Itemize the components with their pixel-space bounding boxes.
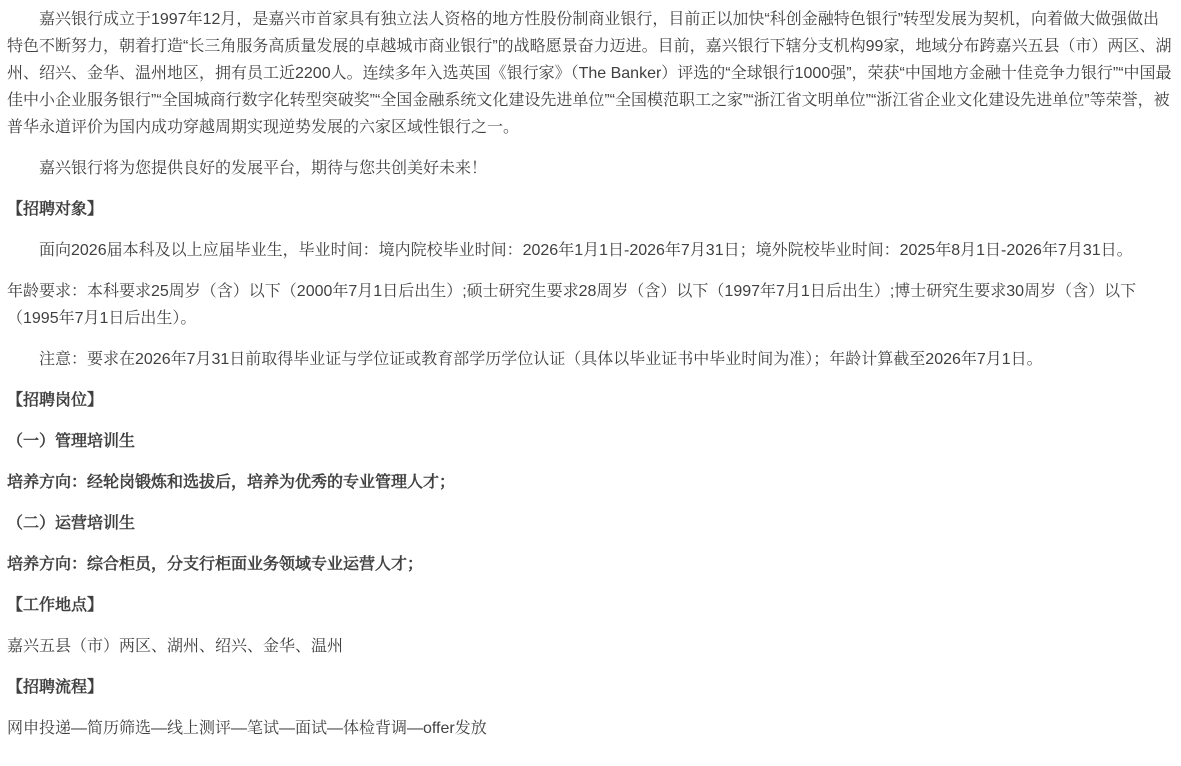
document-body: 嘉兴银行成立于1997年12月，是嘉兴市首家具有独立法人资格的地方性股份制商业银… xyxy=(0,0,1181,766)
paragraph-management-trainee-direction: 培养方向：经轮岗锻炼和选拔后，培养为优秀的专业管理人才； xyxy=(7,469,1174,496)
paragraph-graduation-time: 面向2026届本科及以上应届毕业生，毕业时间：境内院校毕业时间：2026年1月1… xyxy=(7,237,1174,264)
subheading-operations-trainee: （二）运营培训生 xyxy=(7,510,1174,537)
paragraph-note: 注意：要求在2026年7月31日前取得毕业证与学位证或教育部学历学位认证（具体以… xyxy=(7,346,1174,373)
paragraph-bank-intro: 嘉兴银行成立于1997年12月，是嘉兴市首家具有独立法人资格的地方性股份制商业银… xyxy=(7,6,1174,141)
heading-recruitment-process: 【招聘流程】 xyxy=(7,674,1174,701)
subheading-management-trainee: （一）管理培训生 xyxy=(7,428,1174,455)
paragraph-age-requirement: 年龄要求：本科要求25周岁（含）以下（2000年7月1日后出生）;硕士研究生要求… xyxy=(7,278,1174,332)
paragraph-recruitment-process: 网申投递—简历筛选—线上测评—笔试—面试—体检背调—offer发放 xyxy=(7,715,1174,742)
paragraph-operations-trainee-direction: 培养方向：综合柜员，分支行柜面业务领域专业运营人才； xyxy=(7,551,1174,578)
heading-recruitment-positions: 【招聘岗位】 xyxy=(7,387,1174,414)
paragraph-welcome: 嘉兴银行将为您提供良好的发展平台，期待与您共创美好未来！ xyxy=(7,155,1174,182)
paragraph-work-location: 嘉兴五县（市）两区、湖州、绍兴、金华、温州 xyxy=(7,633,1174,660)
heading-work-location: 【工作地点】 xyxy=(7,592,1174,619)
heading-recruitment-target: 【招聘对象】 xyxy=(7,196,1174,223)
